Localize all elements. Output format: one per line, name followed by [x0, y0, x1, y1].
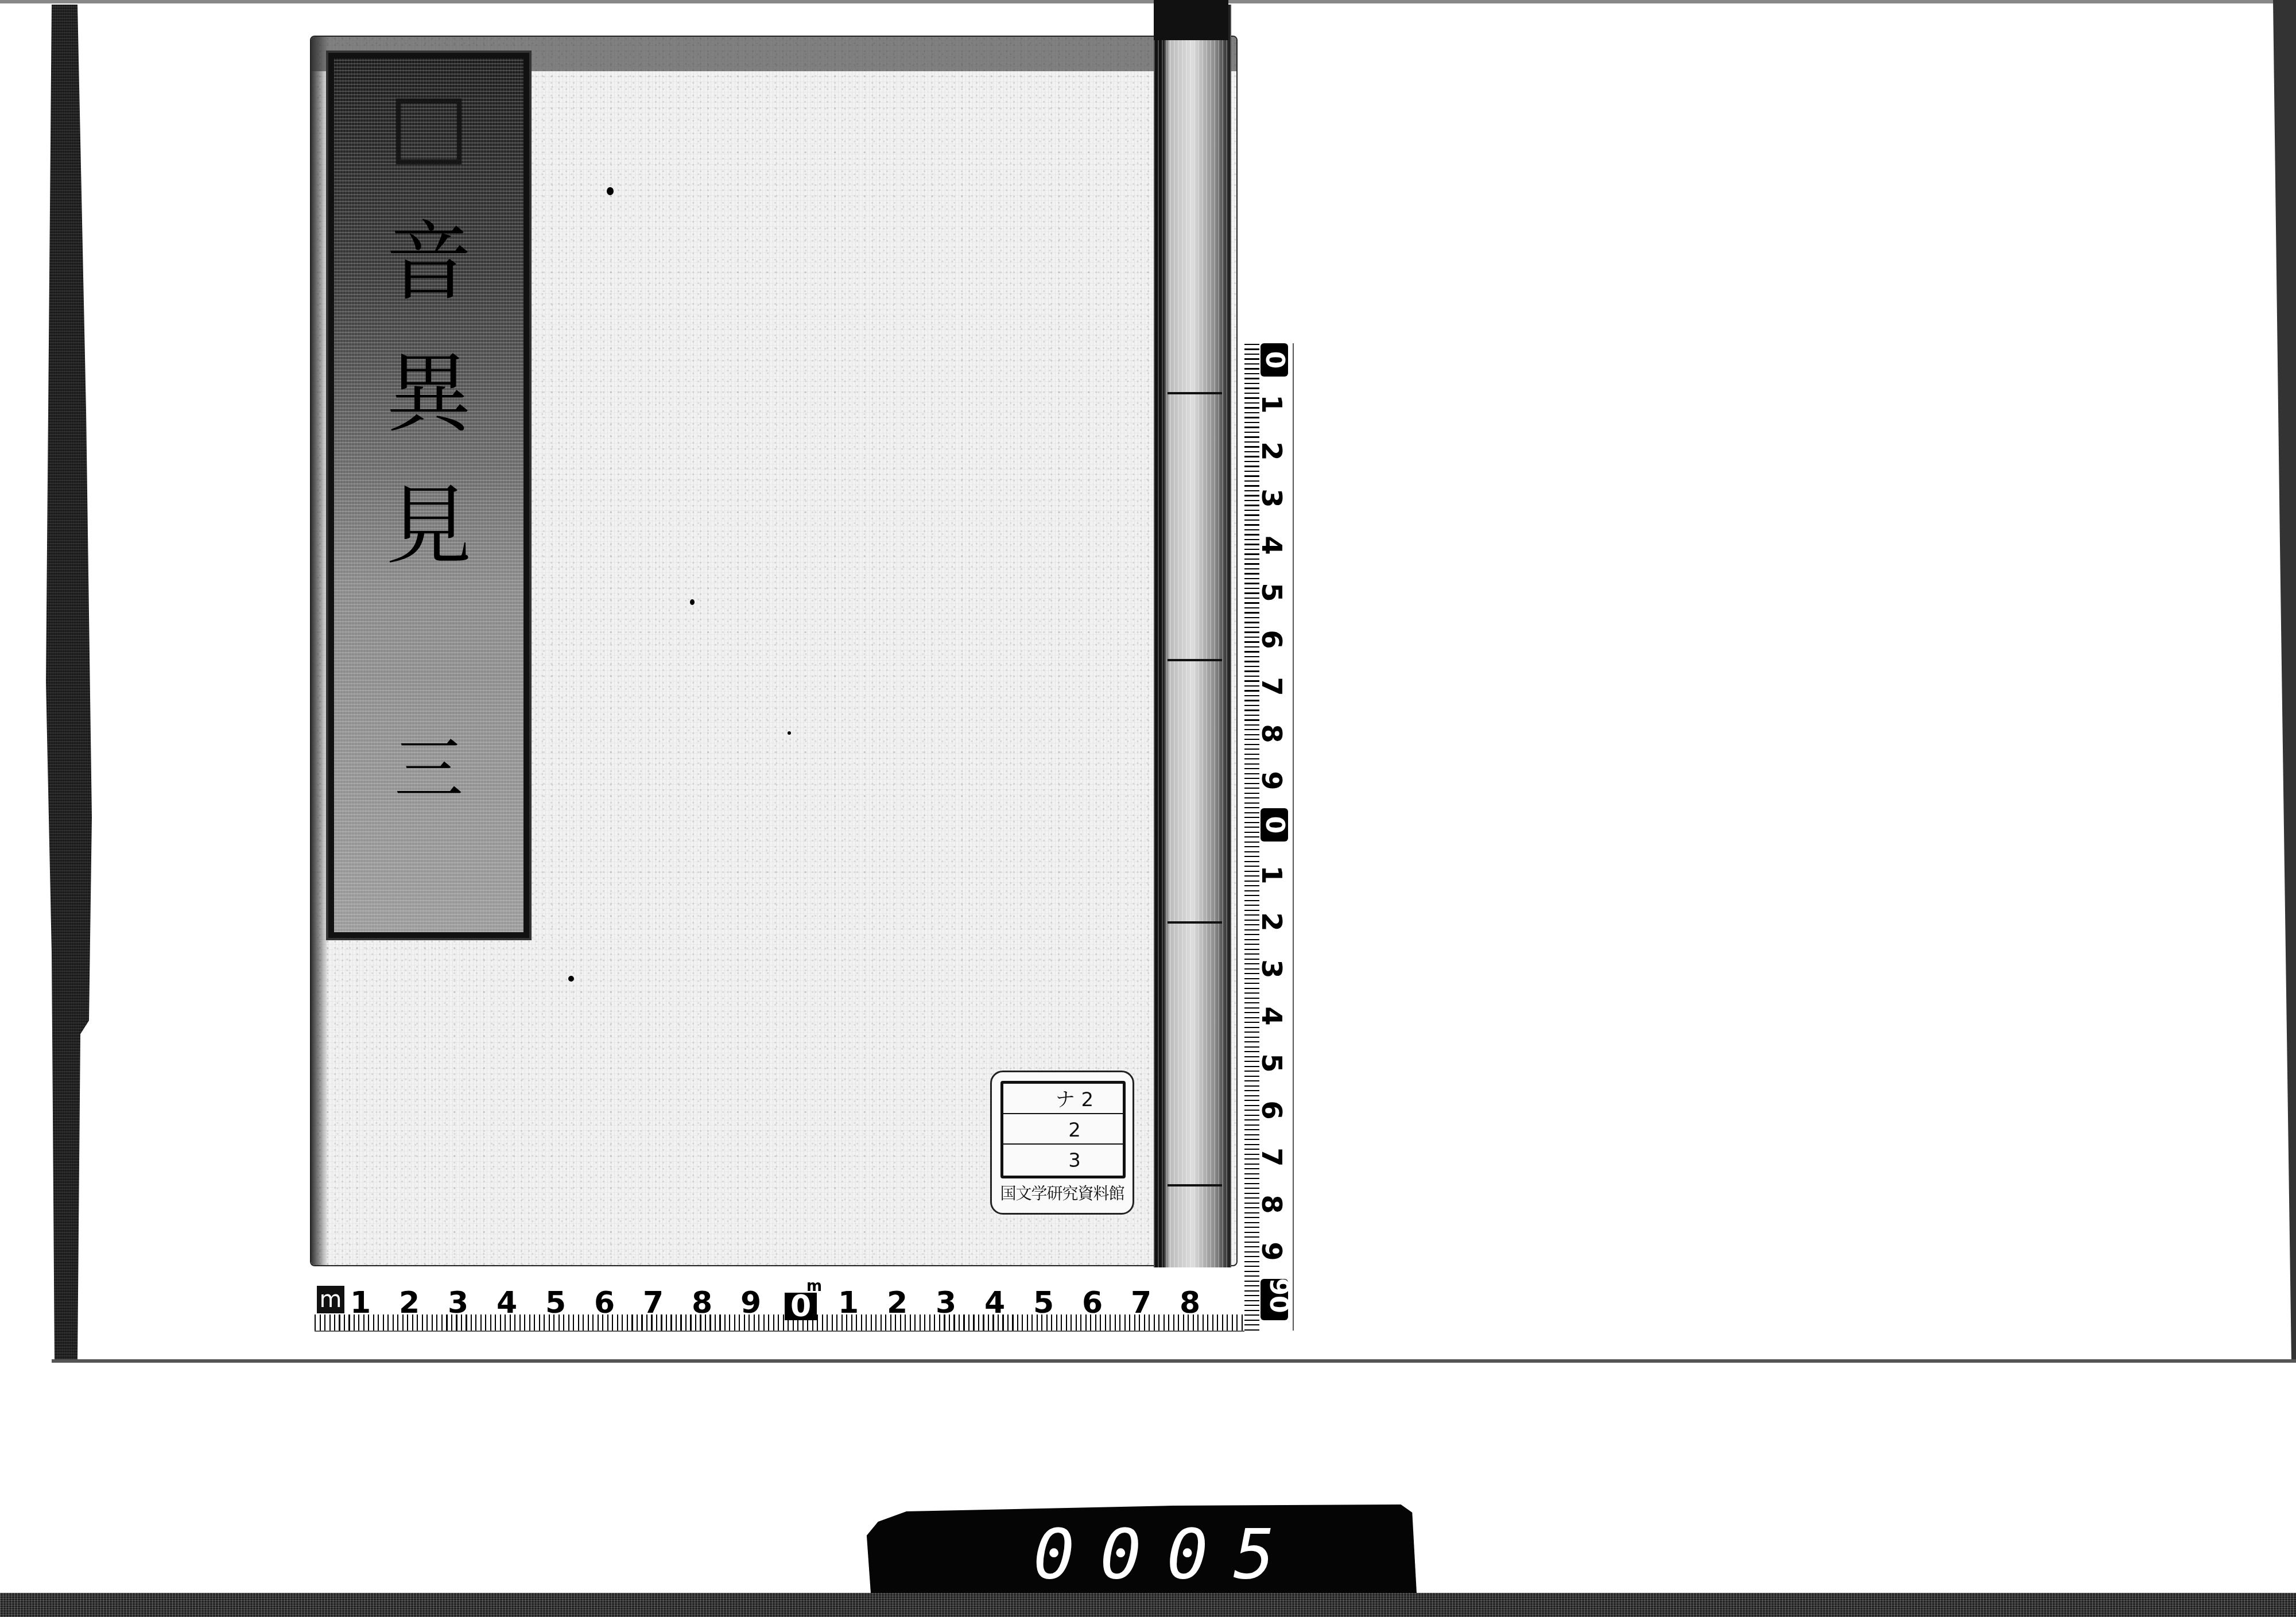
- title-char-2: 音: [334, 219, 523, 305]
- ruler-label: 5: [545, 1286, 566, 1320]
- ruler-label: 4: [984, 1286, 1005, 1320]
- ruler-label: 9: [740, 1286, 761, 1320]
- ruler-label: 2: [399, 1286, 420, 1320]
- binding-thread: [1168, 392, 1222, 394]
- ruler-label: 5: [1255, 1053, 1287, 1072]
- sticker-row-2: 2: [1003, 1114, 1123, 1145]
- ruler-label: 5: [1033, 1286, 1054, 1320]
- title-slip: □ 音 異 見 三: [328, 53, 529, 938]
- ruler-label: 8: [1255, 724, 1287, 743]
- ruler-label: 1: [350, 1286, 371, 1320]
- ruler-label: 1: [1255, 394, 1287, 413]
- ruler-label: 9: [1255, 771, 1287, 790]
- ruler-label: 6: [1255, 1100, 1287, 1119]
- cover-speck: [690, 599, 695, 605]
- horizontal-scale-ruler: m 1234567890m12345678: [315, 1281, 1244, 1332]
- binding-thread: [1168, 921, 1222, 924]
- ruler-label: 2: [1255, 912, 1287, 931]
- ruler-section-marker: 0: [785, 1293, 817, 1320]
- ruler-label: 8: [1180, 1286, 1200, 1320]
- title-char-4: 見: [334, 483, 523, 569]
- ruler-label: 9: [1255, 1242, 1287, 1261]
- ruler-section-marker: 0: [1261, 808, 1288, 842]
- ruler-end-marker: 90: [1261, 1279, 1288, 1320]
- right-page-edge: [2273, 0, 2296, 1360]
- ruler-label: 3: [936, 1286, 956, 1320]
- scan-bed-edge: [52, 1359, 2296, 1363]
- volume-number: 三: [334, 736, 523, 805]
- scan-top-border: [0, 0, 2296, 3]
- sticker-row-3: 3: [1003, 1145, 1123, 1175]
- ruler-label: 4: [1255, 1006, 1287, 1025]
- sticker-table: ナ 2 2 3: [1000, 1081, 1126, 1178]
- ruler-label: 6: [1082, 1286, 1103, 1320]
- institution-name: 国文学研究資料館: [992, 1181, 1133, 1204]
- previous-page-edge: [46, 5, 103, 1359]
- ruler-section-unit: m: [806, 1278, 822, 1295]
- cover-left-shadow: [311, 37, 328, 1265]
- ruler-label: 3: [1255, 959, 1287, 978]
- ruler-label: 4: [497, 1286, 517, 1320]
- ruler-label: 1: [838, 1286, 859, 1320]
- cover-speck: [788, 731, 791, 735]
- ruler-unit-mark: m: [317, 1286, 344, 1313]
- ruler-label: 8: [1255, 1195, 1287, 1213]
- scan-bottom-band: [0, 1593, 2296, 1617]
- ruler-label: 2: [1255, 441, 1287, 460]
- frame-number: 0005: [1033, 1515, 1300, 1595]
- binding-thread: [1168, 1184, 1222, 1186]
- ruler-label: 3: [448, 1286, 468, 1320]
- ruler-label: 7: [643, 1286, 664, 1320]
- sticker-row-1: ナ 2: [1003, 1084, 1123, 1114]
- ruler-label: 1: [1255, 865, 1287, 884]
- spine-top-shadow: [1154, 0, 1228, 40]
- ruler-label: 0: [1261, 343, 1288, 377]
- binding-thread: [1168, 659, 1222, 661]
- book-spine-binding: [1154, 5, 1231, 1267]
- ruler-label: 4: [1255, 536, 1287, 554]
- ruler-label: 8: [692, 1286, 712, 1320]
- ruler-label: 6: [594, 1286, 615, 1320]
- vertical-scale-ruler: 0123456789012345678990: [1244, 343, 1294, 1331]
- ruler-label: 7: [1255, 1147, 1287, 1166]
- title-char-1: □: [334, 82, 523, 168]
- ruler-label: 6: [1255, 630, 1287, 649]
- ruler-label: 3: [1255, 488, 1287, 507]
- ruler-label: 7: [1255, 677, 1287, 696]
- ruler-label: 5: [1255, 583, 1287, 602]
- title-char-3: 異: [334, 351, 523, 437]
- cover-speck: [607, 187, 614, 195]
- ruler-label: 2: [887, 1286, 907, 1320]
- cover-speck: [568, 976, 574, 982]
- call-number-sticker: ナ 2 2 3 国文学研究資料館: [990, 1071, 1134, 1215]
- ruler-label: 7: [1131, 1286, 1151, 1320]
